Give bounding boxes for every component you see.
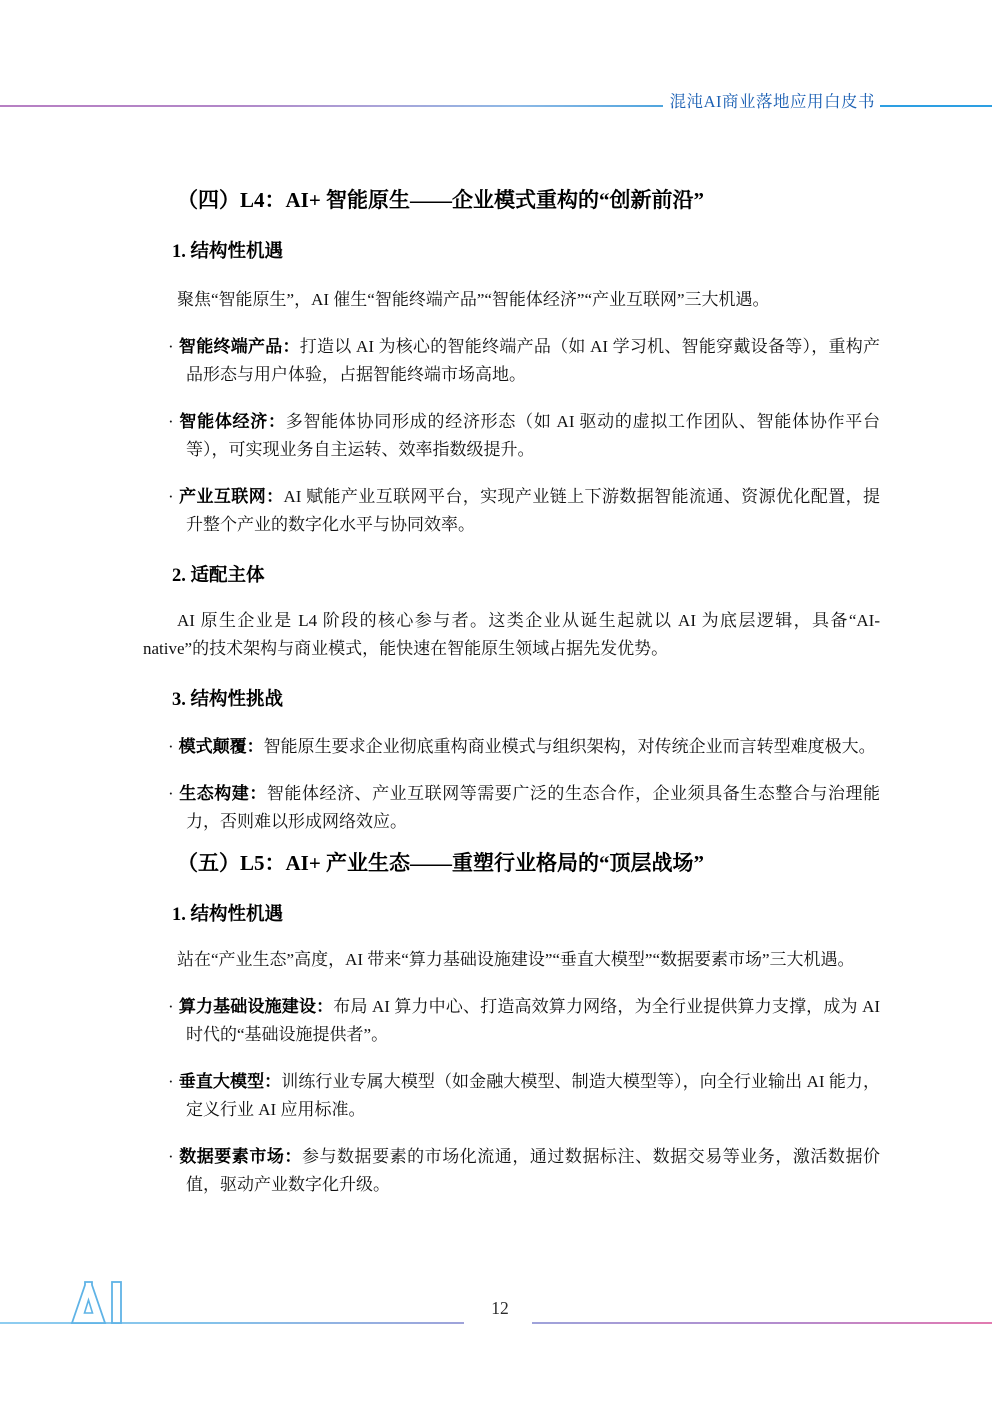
subsection-heading-opportunity: 1. 结构性机遇 (172, 238, 880, 266)
subsection-heading-opportunity: 1. 结构性机遇 (172, 901, 880, 929)
bullet-marker: · (168, 1072, 179, 1091)
bullet-marker: · (168, 737, 179, 756)
bullet-label: 产业互联网： (179, 487, 284, 506)
bullet-item: ·算力基础设施建设：布局 AI 算力中心、打造高效算力网络，为全行业提供算力支撑… (168, 993, 880, 1049)
header-title: 混沌AI商业落地应用白皮书 (663, 91, 880, 113)
bullet-text: 多智能体协同形成的经济形态（如 AI 驱动的虚拟工作团队、智能体协作平台等），可… (186, 412, 880, 459)
bullet-marker: · (168, 412, 179, 431)
footer-rule-right (532, 1322, 992, 1324)
bullet-marker: · (168, 1147, 179, 1166)
document-page: 混沌AI商业落地应用白皮书 （四）L4：AI+ 智能原生——企业模式重构的“创新… (0, 0, 992, 1403)
paragraph: 站在“产业生态”高度，AI 带来“算力基础设施建设”“垂直大模型”“数据要素市场… (143, 946, 880, 974)
header-rule-right (880, 105, 992, 107)
bullet-label: 智能体经济： (179, 412, 286, 431)
bullet-label: 数据要素市场： (179, 1147, 302, 1166)
bullet-text: AI 赋能产业互联网平台，实现产业链上下游数据智能流通、资源优化配置，提升整个产… (186, 487, 880, 534)
section-heading-l5: （五）L5：AI+ 产业生态——重塑行业格局的“顶层战场” (177, 848, 880, 878)
paragraph: AI 原生企业是 L4 阶段的核心参与者。这类企业从诞生起就以 AI 为底层逻辑… (143, 607, 880, 663)
bullet-label: 智能终端产品： (179, 337, 300, 356)
paragraph: 聚焦“智能原生”，AI 催生“智能终端产品”“智能体经济”“产业互联网”三大机遇… (143, 286, 880, 314)
page-body: （四）L4：AI+ 智能原生——企业模式重构的“创新前沿” 1. 结构性机遇 聚… (143, 113, 880, 1199)
bullet-label: 生态构建： (179, 784, 267, 803)
bullet-item: ·垂直大模型：训练行业专属大模型（如金融大模型、制造大模型等），向全行业输出 A… (168, 1068, 880, 1124)
bullet-marker: · (168, 997, 179, 1016)
bullet-text: 智能原生要求企业彻底重构商业模式与组织架构，对传统企业而言转型难度极大。 (264, 737, 876, 756)
bullet-item: ·智能体经济：多智能体协同形成的经济形态（如 AI 驱动的虚拟工作团队、智能体协… (168, 408, 880, 464)
page-number: 12 (468, 1298, 532, 1319)
page-header: 混沌AI商业落地应用白皮书 (0, 0, 992, 113)
bullet-item: ·生态构建：智能体经济、产业互联网等需要广泛的生态合作，企业须具备生态整合与治理… (168, 780, 880, 836)
subsection-heading-challenge: 3. 结构性挑战 (172, 686, 880, 714)
bullet-item: ·数据要素市场：参与数据要素的市场化流通，通过数据标注、数据交易等业务，激活数据… (168, 1143, 880, 1199)
section-heading-l4: （四）L4：AI+ 智能原生——企业模式重构的“创新前沿” (177, 185, 880, 215)
bullet-item: ·模式颠覆：智能原生要求企业彻底重构商业模式与组织架构，对传统企业而言转型难度极… (168, 733, 880, 761)
bullet-label: 垂直大模型： (179, 1072, 282, 1091)
bullet-label: 算力基础设施建设： (179, 997, 334, 1016)
bullet-label: 模式颠覆： (179, 737, 264, 756)
bullet-item: ·产业互联网：AI 赋能产业互联网平台，实现产业链上下游数据智能流通、资源优化配… (168, 483, 880, 539)
ai-logo-icon (66, 1281, 130, 1327)
header-rule-left (0, 105, 663, 107)
bullet-marker: · (168, 784, 179, 803)
bullet-marker: · (168, 337, 179, 356)
bullet-text: 智能体经济、产业互联网等需要广泛的生态合作，企业须具备生态整合与治理能力，否则难… (186, 784, 880, 831)
bullet-item: ·智能终端产品：打造以 AI 为核心的智能终端产品（如 AI 学习机、智能穿戴设… (168, 333, 880, 389)
bullet-marker: · (168, 487, 179, 506)
subsection-heading-adapters: 2. 适配主体 (172, 562, 880, 590)
bullet-text: 训练行业专属大模型（如金融大模型、制造大模型等），向全行业输出 AI 能力，定义… (186, 1072, 880, 1119)
